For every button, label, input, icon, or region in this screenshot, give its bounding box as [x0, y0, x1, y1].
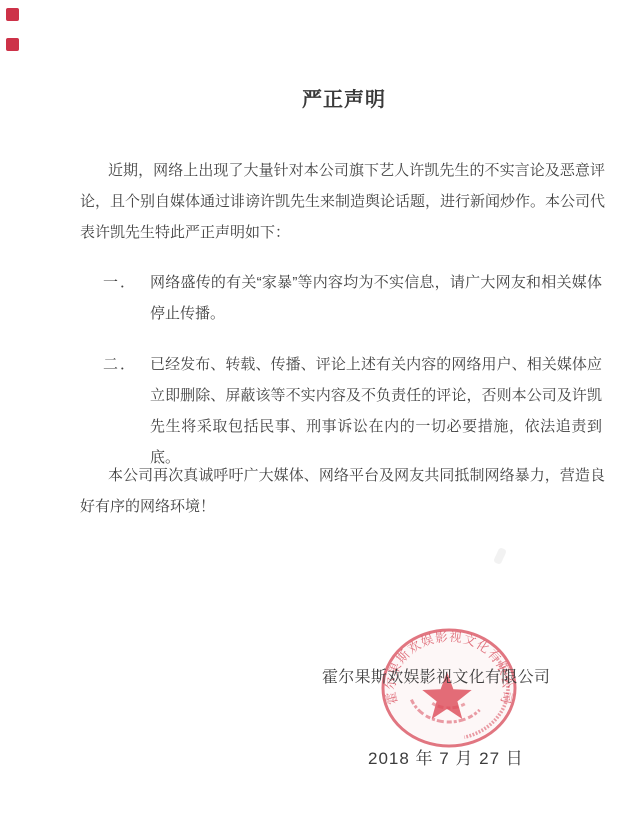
closing-paragraph: 本公司再次真诚呼吁广大媒体、网络平台及网友共同抵制网络暴力，营造良好有序的网络环…: [80, 460, 605, 522]
company-seal-stamp-icon: 霍尔果斯欢娱影视文化有限公司: [381, 626, 523, 756]
red-square-marker-bottom: [6, 38, 19, 51]
red-square-marker-top: [6, 8, 19, 21]
statement-item-2: 二． 已经发布、转载、传播、评论上述有关内容的网络用户、相关媒体应立即删除、屏蔽…: [150, 349, 602, 473]
page-title: 严正声明: [302, 83, 386, 112]
item-1-marker: 一．: [103, 267, 143, 298]
intro-paragraph: 近期，网络上出现了大量针对本公司旗下艺人许凯先生的不实言论及恶意评论，且个别自媒…: [80, 155, 605, 248]
item-2-text: 已经发布、转载、传播、评论上述有关内容的网络用户、相关媒体应立即删除、屏蔽该等不…: [150, 356, 602, 466]
item-2-marker: 二．: [103, 349, 143, 380]
faint-scan-smudge: [493, 547, 507, 565]
statement-document-page: 严正声明 近期，网络上出现了大量针对本公司旗下艺人许凯先生的不实言论及恶意评论，…: [0, 0, 641, 821]
signature-date: 2018 年 7 月 27 日: [368, 744, 524, 769]
signature-company-name: 霍尔果斯欢娱影视文化有限公司: [322, 664, 550, 687]
item-1-text: 网络盛传的有关“家暴”等内容均为不实信息，请广大网友和相关媒体停止传播。: [150, 274, 602, 322]
statement-item-1: 一． 网络盛传的有关“家暴”等内容均为不实信息，请广大网友和相关媒体停止传播。: [150, 267, 602, 329]
